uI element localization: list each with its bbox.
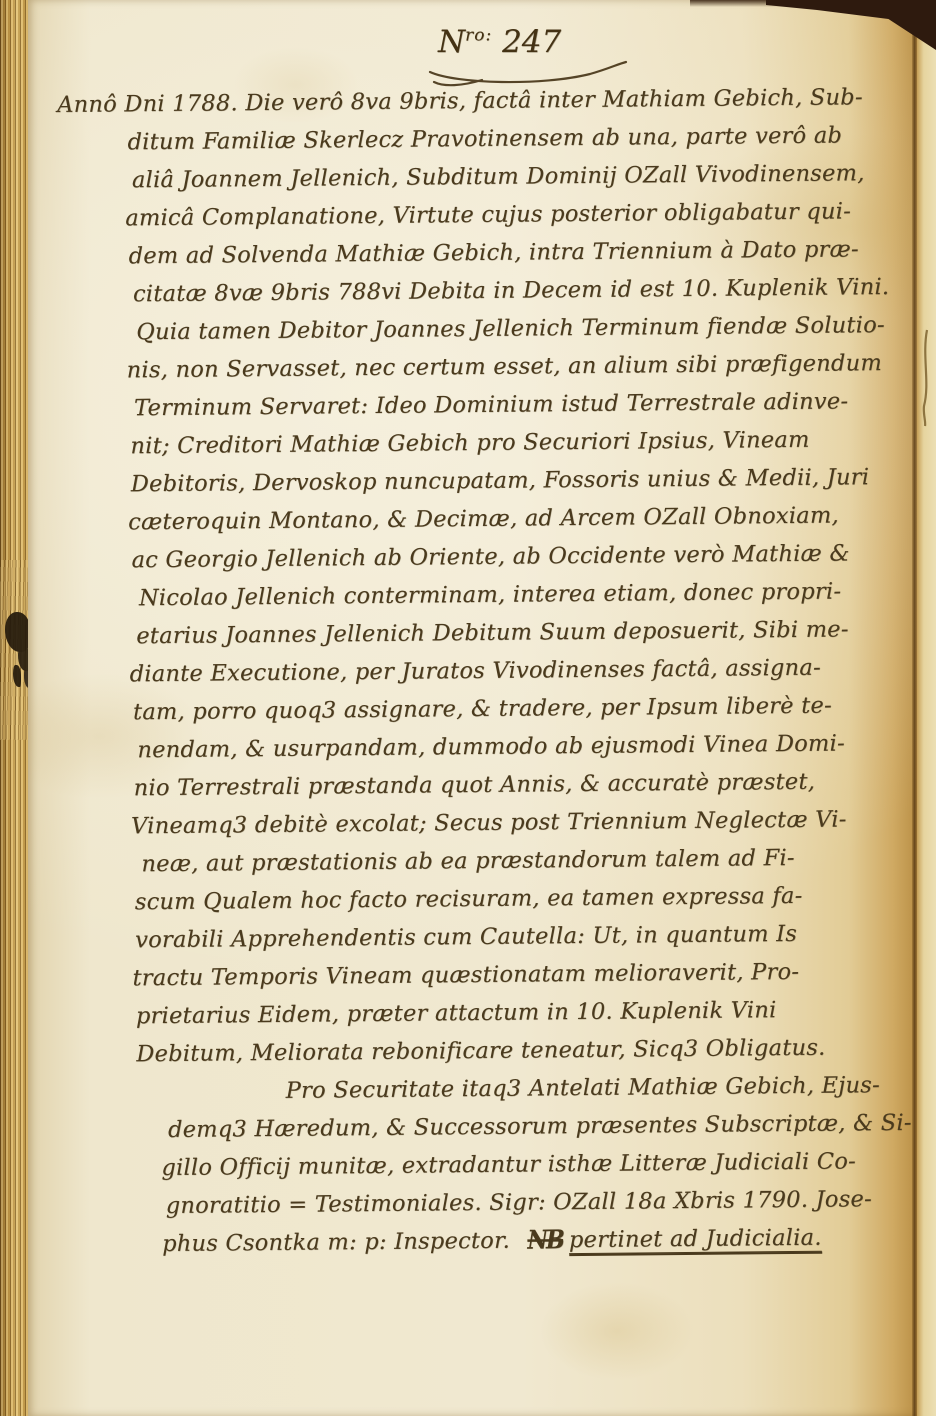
manuscript-line: Terminum Servaret: Ideo Dominium istud T… [134, 382, 902, 427]
entry-number-value: 247 [502, 24, 561, 60]
manuscript-line-signature: phus Csontka m: p: Inspector. NBpertinet… [162, 1218, 906, 1263]
manuscript-line: tractu Temporis Vineam quæstionatam meli… [132, 952, 900, 997]
entry-number-prefix: N [438, 24, 465, 60]
gutter-crease [912, 0, 917, 1416]
filing-note-underlined: pertinet ad Judicialia. [569, 1225, 822, 1256]
adjacent-page-ink-mark [920, 328, 932, 428]
manuscript-line: amicâ Complanatione, Virtute cujus poste… [125, 192, 893, 237]
manuscript-line: diante Executione, per Juratos Vivodinen… [129, 648, 897, 693]
manuscript-scan: Nro: 247 Annô Dni 1788. Die verô 8va 9br… [0, 0, 936, 1416]
entry-number: Nro: 247 [438, 24, 561, 60]
manuscript-text: Annô Dni 1788. Die verô 8va 9bris, factâ… [57, 78, 906, 1264]
manuscript-line: cæteroquin Montano, & Decimæ, ad Arcem O… [128, 496, 896, 541]
manuscript-line: neæ, aut præstationis ab ea præstandorum… [141, 838, 909, 883]
manuscript-line: Pro Securitate itaq3 Antelati Mathiæ Geb… [285, 1066, 908, 1110]
manuscript-line: demq3 Hæredum, & Successorum præsentes S… [168, 1104, 912, 1149]
signature-text: phus Csontka m: p: Inspector. [162, 1228, 517, 1257]
adjacent-page-edge [917, 0, 936, 1416]
nota-bene-mark: NB [527, 1218, 563, 1262]
manuscript-line: nendam, & usurpandam, dummodo ab ejusmod… [137, 724, 905, 769]
entry-number-superscript: ro: [465, 26, 492, 46]
